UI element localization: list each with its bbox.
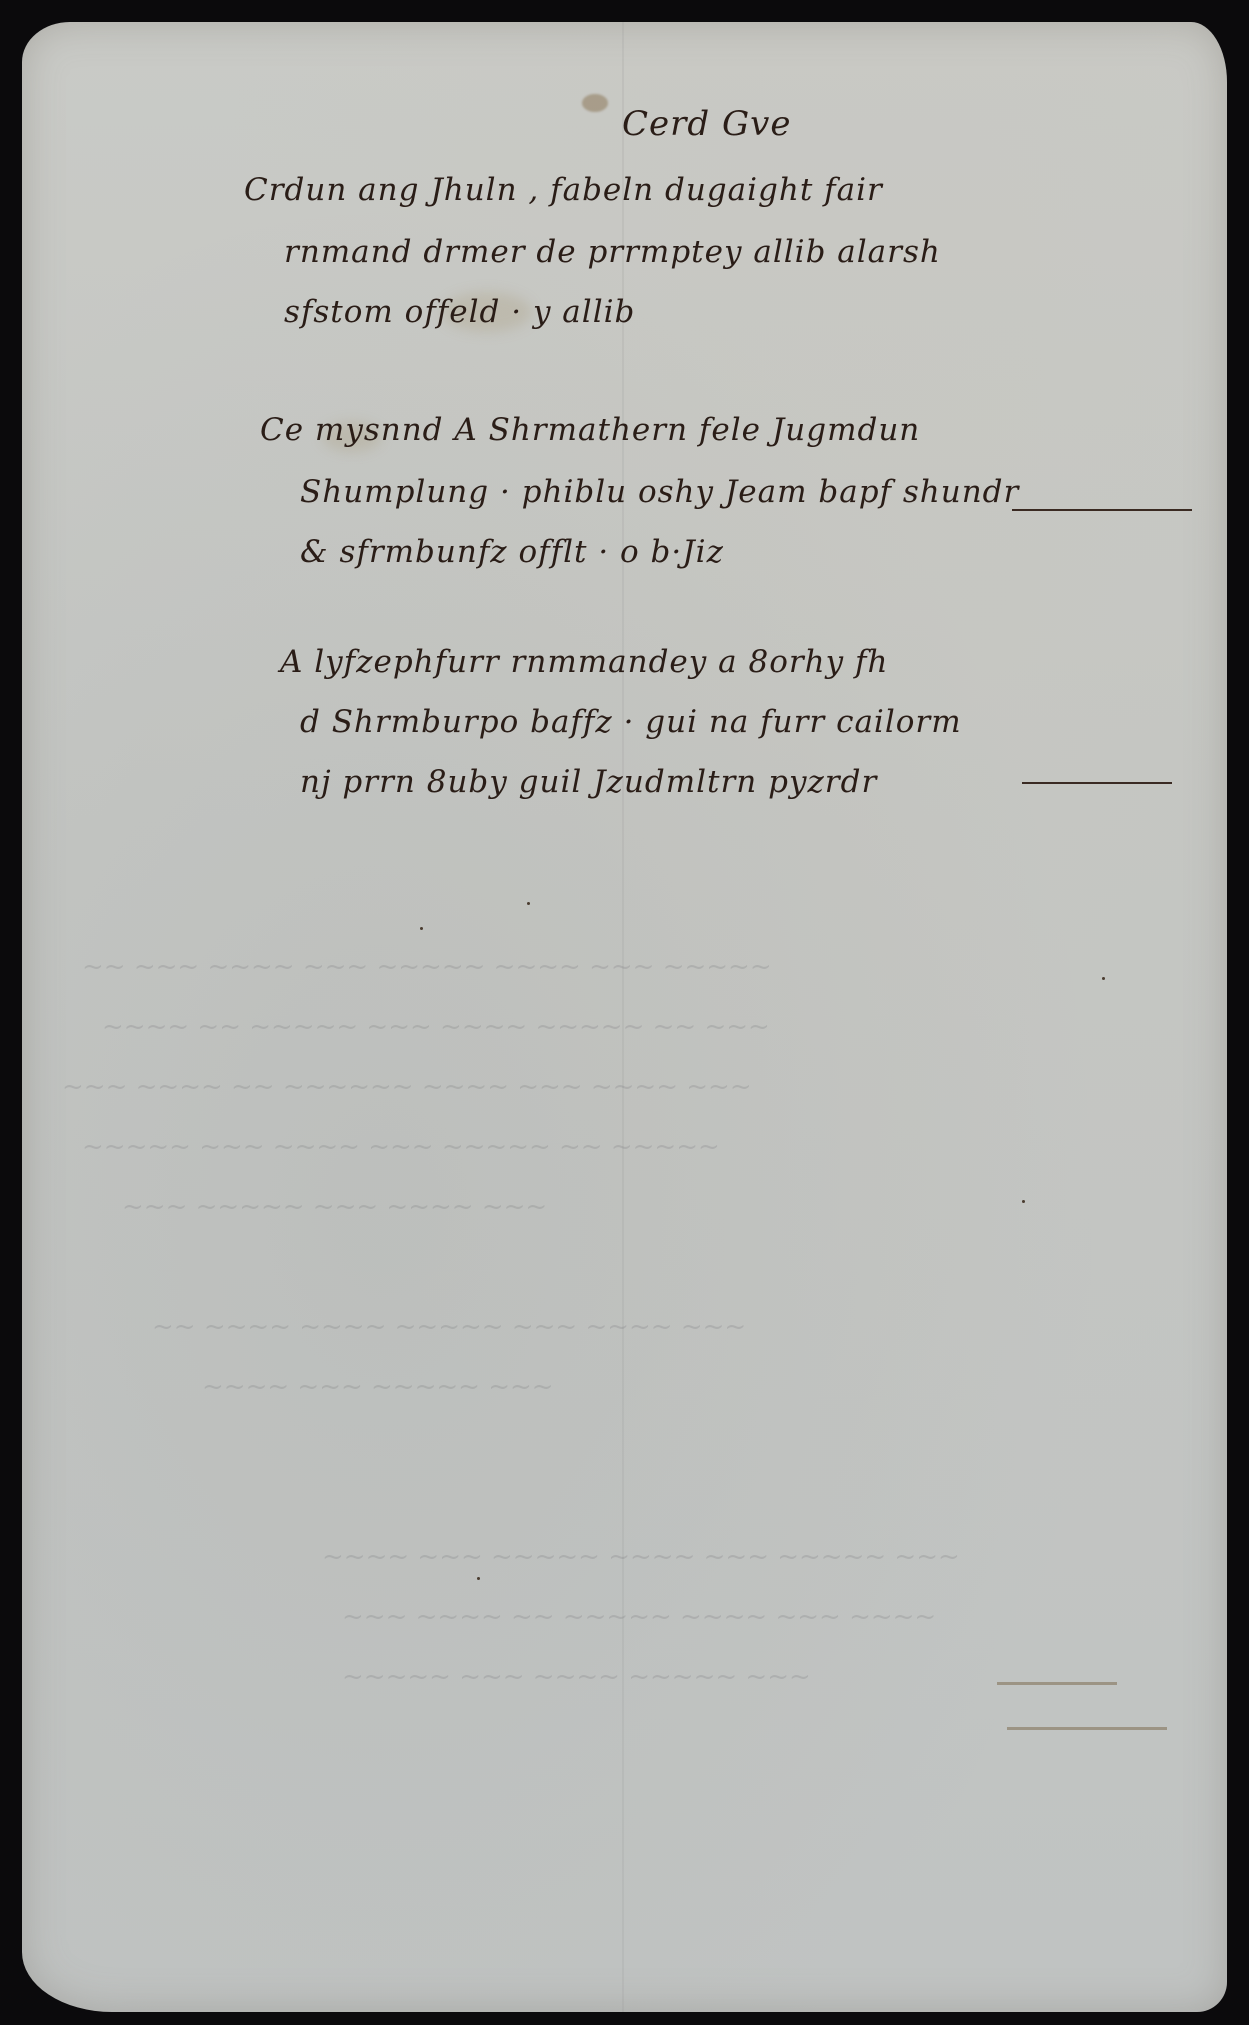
text-line: sfstom offeld · y allib [284, 294, 635, 330]
text-line: Ce mysnnd A Shrmathern fele Jugmdun [260, 412, 920, 448]
bleed-through-text: ~~~ ~~~~ ~~ ~~~~~~ ~~~~ ~~~ ~~~~ ~~~ [62, 1072, 752, 1102]
paper-speck [1102, 977, 1105, 980]
paper-stain-streak [1007, 1727, 1167, 1730]
bleed-through-text: ~~ ~~~~ ~~~~ ~~~~~ ~~~ ~~~~ ~~~ [152, 1312, 746, 1342]
paper-speck [420, 927, 423, 930]
text-line: rnmand drmer de prrmptey allib alarsh [284, 234, 941, 270]
manuscript-page: Cerd Gve Crdun ang Jhuln , fabeln dugaig… [22, 22, 1227, 2012]
bleed-through-text: ~~~~ ~~ ~~~~~ ~~~ ~~~~ ~~~~~ ~~ ~~~ [102, 1012, 770, 1042]
paper-speck [1022, 1200, 1025, 1203]
bleed-through-text: ~~~ ~~~~~ ~~~ ~~~~ ~~~ [122, 1192, 547, 1222]
bleed-through-text: ~~~~~ ~~~ ~~~~ ~~~~~ ~~~ [342, 1662, 811, 1692]
text-line: d Shrmburpo baffz · gui na furr cailorm [300, 704, 962, 740]
text-line: & sfrmbunfz offlt · o b·Jiz [300, 534, 724, 570]
line-filler-stroke [1022, 782, 1172, 784]
paper-speck [527, 902, 530, 905]
paper-stain-streak [997, 1682, 1117, 1685]
text-line: A lyfzephfurr rnmmandey a 8orhy fh [280, 644, 888, 680]
bleed-through-text: ~~~~ ~~~ ~~~~~ ~~~ [202, 1372, 554, 1402]
bleed-through-text: ~~~ ~~~~ ~~ ~~~~~ ~~~~ ~~~ ~~~~ [342, 1602, 936, 1632]
bleed-through-text: ~~ ~~~ ~~~~ ~~~ ~~~~~ ~~~~ ~~~ ~~~~~ [82, 952, 772, 982]
paper-speck [477, 1577, 480, 1580]
bleed-through-text: ~~~~ ~~~ ~~~~~ ~~~~ ~~~ ~~~~~ ~~~ [322, 1542, 960, 1572]
text-line: Shumplung · phiblu oshy Jeam bapf shundr [300, 474, 1019, 510]
bleed-through-text: ~~~~~ ~~~ ~~~~ ~~~ ~~~~~ ~~ ~~~~~ [82, 1132, 720, 1162]
text-line: Crdun ang Jhuln , fabeln dugaight fair [244, 172, 883, 208]
page-heading: Cerd Gve [622, 104, 791, 144]
text-line: nj prrn 8uby guil Jzudmltrn pyzrdr [300, 764, 877, 800]
folio-mark [582, 94, 608, 112]
line-filler-stroke [1012, 509, 1192, 511]
